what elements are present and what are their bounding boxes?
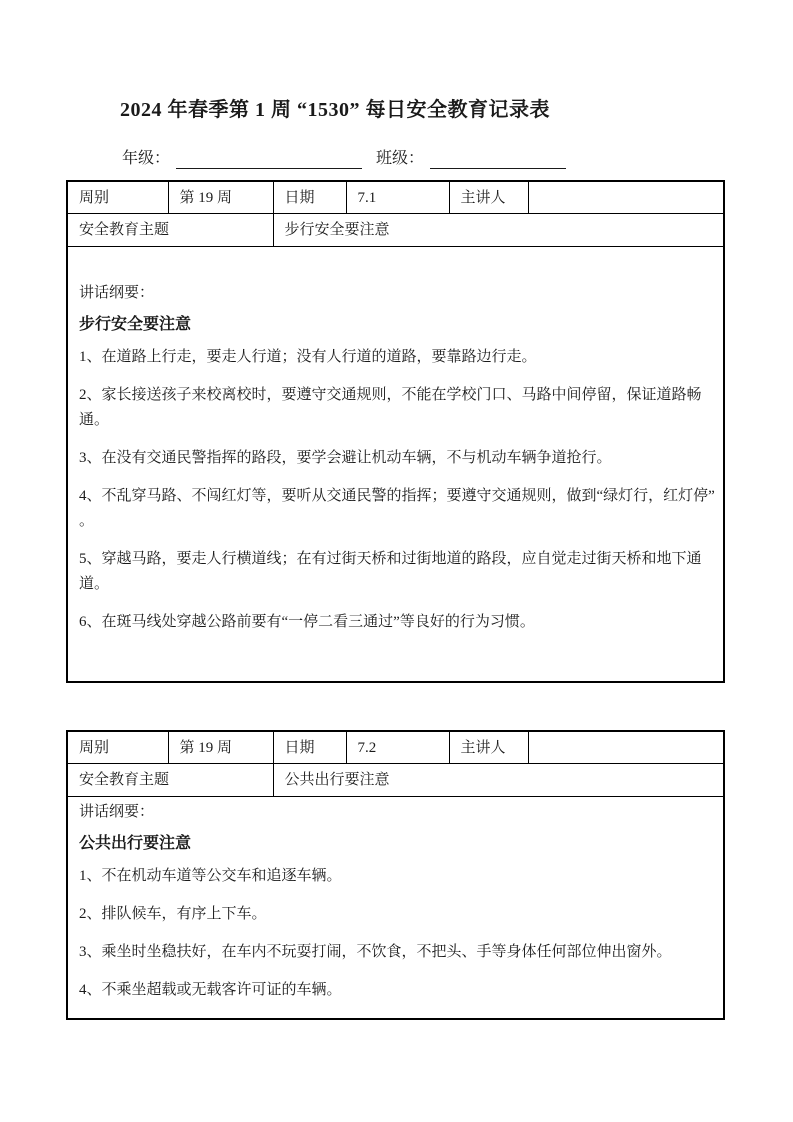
class-label: 班级： <box>376 150 424 167</box>
outline-item: 3、乘坐时坐稳扶好，在车内不玩耍打闹，不饮食，不把头、手等身体任何部位伸出窗外。 <box>79 940 719 965</box>
safety-record-table-2: 周别 第 19 周 日期 7.2 主讲人 安全教育主题 公共出行要注意 讲话纲要… <box>66 730 725 1020</box>
outline-heading: 步行安全要注意 <box>79 313 719 337</box>
outline-item: 1、不在机动车道等公交车和追逐车辆。 <box>79 864 719 889</box>
grade-label: 年级： <box>122 150 170 167</box>
table-row: 周别 第 19 周 日期 7.1 主讲人 <box>67 181 724 214</box>
table-row: 讲话纲要： 公共出行要注意 1、不在机动车道等公交车和追逐车辆。 2、排队候车，… <box>67 797 724 1020</box>
table-row: 讲话纲要： 步行安全要注意 1、在道路上行走，要走人行道；没有人行道的道路，要靠… <box>67 247 724 683</box>
date-label: 日期 <box>273 731 346 764</box>
grade-class-line: 年级：班级： <box>122 147 723 171</box>
speaker-label: 主讲人 <box>449 731 528 764</box>
grade-blank-field <box>176 150 362 169</box>
table-row: 安全教育主题 公共出行要注意 <box>67 764 724 797</box>
outline-cell: 讲话纲要： 步行安全要注意 1、在道路上行走，要走人行道；没有人行道的道路，要靠… <box>67 247 724 683</box>
outline-item: 2、家长接送孩子来校离校时，要遵守交通规则，不能在学校门口、马路中间停留，保证道… <box>79 383 719 433</box>
outline-item: 4、不乘坐超载或无载客许可证的车辆。 <box>79 978 719 1003</box>
outline-item: 5、穿越马路，要走人行横道线；在有过街天桥和过街地道的路段，应自觉走过街天桥和地… <box>79 547 719 597</box>
table-row: 安全教育主题 步行安全要注意 <box>67 214 724 247</box>
topic-value: 公共出行要注意 <box>273 764 724 797</box>
outline-heading: 公共出行要注意 <box>79 832 719 856</box>
topic-label: 安全教育主题 <box>67 214 273 247</box>
outline-item: 6、在斑马线处穿越公路前要有“一停二看三通过”等良好的行为习惯。 <box>79 610 719 635</box>
speaker-label: 主讲人 <box>449 181 528 214</box>
class-blank-field <box>430 150 566 169</box>
outline-item: 4、不乱穿马路、不闯红灯等，要听从交通民警的指挥；要遵守交通规则，做到“绿灯行，… <box>79 484 719 534</box>
outline-item: 2、排队候车，有序上下车。 <box>79 902 719 927</box>
week-value: 第 19 周 <box>168 181 273 214</box>
date-label: 日期 <box>273 181 346 214</box>
week-value: 第 19 周 <box>168 731 273 764</box>
topic-label: 安全教育主题 <box>67 764 273 797</box>
outline-label: 讲话纲要： <box>79 801 719 823</box>
outline-cell: 讲话纲要： 公共出行要注意 1、不在机动车道等公交车和追逐车辆。 2、排队候车，… <box>67 797 724 1020</box>
speaker-value <box>528 731 724 764</box>
week-label: 周别 <box>67 731 168 764</box>
page-title: 2024 年春季第 1 周 “1530” 每日安全教育记录表 <box>120 96 723 124</box>
date-value: 7.1 <box>346 181 449 214</box>
topic-value: 步行安全要注意 <box>273 214 724 247</box>
outline-item: 1、在道路上行走，要走人行道；没有人行道的道路，要靠路边行走。 <box>79 345 719 370</box>
outline-label: 讲话纲要： <box>79 282 719 304</box>
document-page: 2024 年春季第 1 周 “1530” 每日安全教育记录表 年级：班级： 周别… <box>0 0 793 1122</box>
speaker-value <box>528 181 724 214</box>
week-label: 周别 <box>67 181 168 214</box>
table-row: 周别 第 19 周 日期 7.2 主讲人 <box>67 731 724 764</box>
safety-record-table-1: 周别 第 19 周 日期 7.1 主讲人 安全教育主题 步行安全要注意 讲话纲要… <box>66 180 725 683</box>
outline-item: 3、在没有交通民警指挥的路段，要学会避让机动车辆，不与机动车辆争道抢行。 <box>79 446 719 471</box>
date-value: 7.2 <box>346 731 449 764</box>
